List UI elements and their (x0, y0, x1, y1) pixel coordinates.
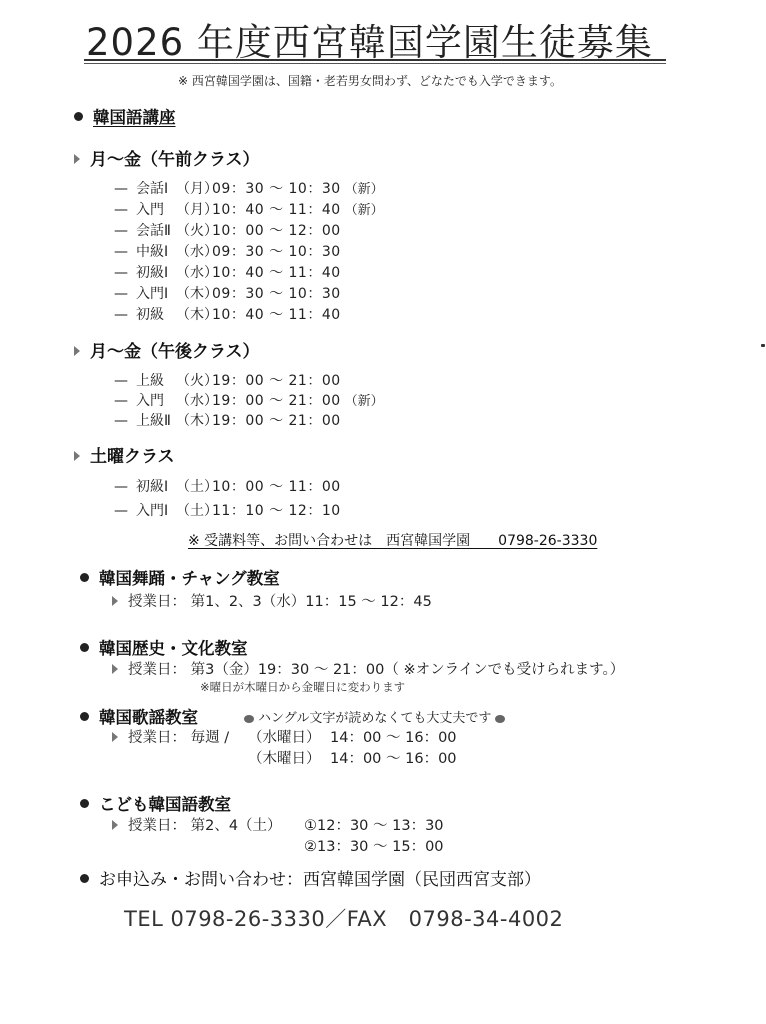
new-badge: （新） (345, 394, 384, 409)
class-day: （土） (176, 476, 212, 496)
song-tagline: ハングル文字が読めなくても大丈夫です (240, 707, 509, 726)
class-day: （水） (176, 390, 212, 410)
subsection-heading: 土曜クラス (90, 447, 175, 467)
schedule-day: （木曜日） (248, 747, 330, 768)
class-name: 入門Ⅰ (136, 500, 176, 520)
section-song: 韓国歌謡教室 (80, 704, 198, 728)
section-heading: こども韓国語教室 (99, 795, 231, 814)
kids-schedule-label: 授業日： 第2、4（土） (112, 814, 282, 835)
class-name: 入門 (136, 199, 176, 219)
class-day: （土） (176, 500, 212, 520)
section-history: 韓国歴史・文化教室 (80, 635, 248, 659)
scan-speck (761, 344, 765, 347)
kids-schedule-row: ②13：30 ～ 15：00 (304, 835, 444, 856)
song-schedule-row: （木曜日）14：00 ～ 16：00 (248, 747, 457, 768)
class-row: —上級Ⅱ（木）19：00 ～ 21：00 (114, 410, 341, 430)
class-day: （水） (176, 262, 212, 282)
song-schedule-label: 授業日： 毎週 / (112, 726, 229, 747)
dash: — (114, 181, 136, 197)
class-name: 入門 (136, 390, 176, 410)
class-name: 会話Ⅱ (136, 220, 176, 240)
class-name: 入門Ⅰ (136, 283, 176, 303)
history-schedule: 授業日： 第3（金）19：30 ～ 21：00（ ※オンラインでも受けられます。… (112, 658, 624, 679)
triangle-bullet-icon (112, 820, 118, 830)
class-time: 11：10 ～ 12：10 (212, 500, 341, 520)
class-row: —初級（木）10：40 ～ 11：40 (114, 304, 341, 324)
bullet-icon (80, 874, 89, 883)
bullet-icon (80, 712, 89, 721)
triangle-bullet-icon (112, 732, 118, 742)
class-time: 09：30 ～ 10：30 (212, 178, 341, 198)
subsection-afternoon: 月～金（午後クラス） (74, 337, 260, 362)
triangle-bullet-icon (74, 346, 80, 356)
kids-schedule-row: ①12：30 ～ 13：30 (304, 814, 444, 835)
class-row: —入門（月）10：40 ～ 11：40（新） (114, 199, 384, 219)
class-row: —上級（火）19：00 ～ 21：00 (114, 370, 341, 390)
dash: — (114, 202, 136, 218)
schedule-label: 授業日： 毎週 / (128, 730, 229, 746)
class-day: （水） (176, 241, 212, 261)
class-row: —初級Ⅰ（水）10：40 ～ 11：40 (114, 262, 341, 282)
section-kids: こども韓国語教室 (80, 791, 231, 815)
section-heading: 韓国歌謡教室 (99, 708, 198, 727)
schedule-text: 授業日： 第1、2、3（水）11：15 ～ 12：45 (128, 594, 432, 610)
class-row: —会話Ⅱ（火）10：00 ～ 12：00 (114, 220, 341, 240)
dash: — (114, 223, 136, 239)
dash: — (114, 265, 136, 281)
section-korean-course: 韓国語講座 (74, 104, 176, 128)
tel-fax: TEL 0798-26-3330／FAX 0798-34-4002 (124, 903, 563, 933)
class-row: —会話Ⅰ（月）09：30 ～ 10：30（新） (114, 178, 384, 198)
dash: — (114, 244, 136, 260)
class-time: 19：00 ～ 21：00 (212, 370, 341, 390)
class-time: 10：40 ～ 11：40 (212, 304, 341, 324)
bullet-icon (80, 643, 89, 652)
dash: — (114, 373, 136, 389)
schedule-time: 14：00 ～ 16：00 (330, 751, 457, 767)
class-name: 上級 (136, 370, 176, 390)
section-heading: 韓国舞踊・チャング教室 (99, 569, 280, 588)
class-day: （月） (176, 199, 212, 219)
section-contact: お申込み・お問い合わせ：西宮韓国学園（民団西宮支部） (80, 865, 541, 890)
triangle-bullet-icon (112, 664, 118, 674)
class-name: 初級Ⅰ (136, 262, 176, 282)
dash: — (114, 503, 136, 519)
section-heading: 韓国語講座 (93, 108, 176, 127)
title-underline-secondary (84, 63, 666, 64)
smiley-icon (495, 715, 505, 723)
song-schedule-row: （水曜日）14：00 ～ 16：00 (248, 726, 457, 747)
class-row: —入門（水）19：00 ～ 21：00（新） (114, 390, 384, 410)
schedule-label: 授業日： 第2、4（土） (128, 818, 282, 834)
class-time: 10：40 ～ 11：40 (212, 262, 341, 282)
subsection-heading: 月～金（午後クラス） (90, 342, 260, 362)
subsection-morning: 月～金（午前クラス） (74, 145, 260, 170)
triangle-bullet-icon (74, 451, 80, 461)
new-badge: （新） (345, 182, 384, 197)
page-title: 2026 年度西宮韓国学園生徒募集 (86, 12, 653, 66)
class-time: 10：00 ～ 11：00 (212, 476, 341, 496)
subsection-heading: 月～金（午前クラス） (90, 150, 260, 170)
class-time: 09：30 ～ 10：30 (212, 241, 341, 261)
class-day: （火） (176, 370, 212, 390)
section-heading: 韓国歴史・文化教室 (99, 639, 248, 658)
class-row: —中級Ⅰ（水）09：30 ～ 10：30 (114, 241, 341, 261)
contact-heading: お申込み・お問い合わせ：西宮韓国学園（民団西宮支部） (99, 870, 541, 890)
class-day: （月） (176, 178, 212, 198)
dance-schedule: 授業日： 第1、2、3（水）11：15 ～ 12：45 (112, 590, 432, 611)
class-day: （木） (176, 304, 212, 324)
title-underline (84, 59, 666, 61)
dash: — (114, 413, 136, 429)
dash: — (114, 479, 136, 495)
class-time: 10：00 ～ 12：00 (212, 220, 341, 240)
class-name: 上級Ⅱ (136, 410, 176, 430)
section-dance: 韓国舞踊・チャング教室 (80, 565, 280, 589)
class-time: 09：30 ～ 10：30 (212, 283, 341, 303)
class-day: （木） (176, 283, 212, 303)
schedule-time: 14：00 ～ 16：00 (330, 730, 457, 746)
schedule-text: 授業日： 第3（金）19：30 ～ 21：00（ ※オンラインでも受けられます。… (128, 662, 624, 678)
triangle-bullet-icon (112, 596, 118, 606)
dash: — (114, 307, 136, 323)
class-row: —入門Ⅰ（木）09：30 ～ 10：30 (114, 283, 341, 303)
triangle-bullet-icon (74, 154, 80, 164)
class-name: 中級Ⅰ (136, 241, 176, 261)
class-name: 会話Ⅰ (136, 178, 176, 198)
smiley-icon (244, 715, 254, 723)
dash: — (114, 286, 136, 302)
class-time: 19：00 ～ 21：00 (212, 410, 341, 430)
class-day: （木） (176, 410, 212, 430)
history-day-change-note: ※曜日が木曜日から金曜日に変わります (200, 679, 405, 695)
bullet-icon (74, 112, 83, 121)
class-row: —入門Ⅰ（土）11：10 ～ 12：10 (114, 500, 341, 520)
bullet-icon (80, 573, 89, 582)
new-badge: （新） (345, 203, 384, 218)
schedule-day: （水曜日） (248, 726, 330, 747)
class-time: 19：00 ～ 21：00 (212, 390, 341, 410)
inquiry-note: ※ 受講料等、お問い合わせは 西宮韓国学園 0798-26-3330 (188, 530, 597, 550)
dash: — (114, 393, 136, 409)
bullet-icon (80, 799, 89, 808)
subtitle-note: ※ 西宮韓国学園は、国籍・老若男女問わず、どなたでも入学できます。 (178, 72, 562, 89)
class-name: 初級 (136, 304, 176, 324)
class-time: 10：40 ～ 11：40 (212, 199, 341, 219)
class-day: （火） (176, 220, 212, 240)
tagline-text: ハングル文字が読めなくても大丈夫です (258, 711, 491, 726)
subsection-saturday: 土曜クラス (74, 442, 175, 467)
class-name: 初級Ⅰ (136, 476, 176, 496)
class-row: —初級Ⅰ（土）10：00 ～ 11：00 (114, 476, 341, 496)
